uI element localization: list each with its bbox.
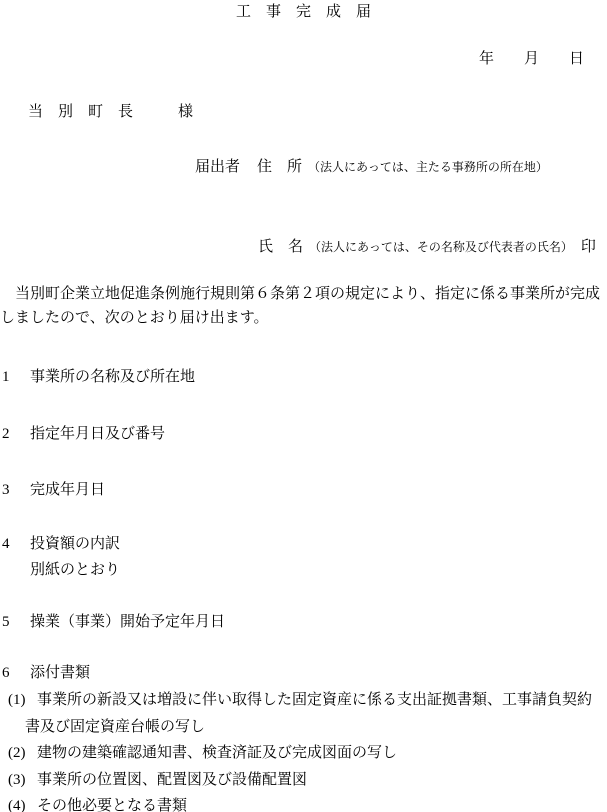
attachment-2: (2)建物の建築確認通知書、検査済証及び完成図面の写し — [8, 745, 397, 761]
address-note: （法人にあっては、主たる事務所の所在地） — [308, 160, 548, 174]
attachment-3-number: (3) — [8, 772, 37, 788]
item-1: 1事業所の名称及び所在地 — [2, 369, 195, 385]
body-line-2: しましたので、次のとおり届け出ます。 — [0, 310, 269, 326]
attachment-3: (3)事業所の位置図、配置図及び設備配置図 — [8, 772, 307, 788]
item-4-note: 別紙のとおり — [30, 562, 120, 578]
attachment-2-number: (2) — [8, 745, 37, 761]
item-5-text: 操業（事業）開始予定年月日 — [30, 614, 225, 630]
seal-mark: 印 — [581, 239, 596, 255]
attachment-4-text: その他必要となる書類 — [37, 798, 187, 812]
item-1-number: 1 — [2, 369, 30, 385]
item-2-text: 指定年月日及び番号 — [30, 426, 165, 442]
declarant-address-line: 届出者住 所（法人にあっては、主たる事務所の所在地） — [195, 159, 548, 175]
name-note: （法人にあっては、その名称及び代表者の氏名） — [309, 240, 573, 254]
attachment-3-text: 事業所の位置図、配置図及び設備配置図 — [37, 772, 307, 788]
declarant-name-line: 氏 名（法人にあっては、その名称及び代表者の氏名）印 — [258, 239, 596, 255]
attachment-4: (4)その他必要となる書類 — [8, 798, 187, 812]
item-4: 4投資額の内訳 — [2, 536, 120, 552]
body-line-1: 当別町企業立地促進条例施行規則第６条第２項の規定により、指定に係る事業所が完成 — [0, 286, 600, 302]
item-6: 6添付書類 — [2, 665, 90, 681]
document-page: 工 事 完 成 届 年 月 日 当 別 町 長 様 届出者住 所（法人にあっては… — [0, 0, 607, 812]
item-5: 5操業（事業）開始予定年月日 — [2, 614, 225, 630]
attachment-1-line-2: 書及び固定資産台帳の写し — [25, 719, 205, 735]
item-4-number: 4 — [2, 536, 30, 552]
name-label: 氏 名 — [258, 239, 303, 255]
attachment-1-text-1: 事業所の新設又は増設に伴い取得した固定資産に係る支出証拠書類、工事請負契約 — [37, 692, 592, 708]
item-3: 3完成年月日 — [2, 482, 105, 498]
declarant-label: 届出者 — [195, 159, 240, 175]
attachment-4-number: (4) — [8, 798, 37, 812]
date-line: 年 月 日 — [479, 51, 584, 67]
item-3-number: 3 — [2, 482, 30, 498]
item-5-number: 5 — [2, 614, 30, 630]
document-title: 工 事 完 成 届 — [0, 4, 607, 20]
addressee-line: 当 別 町 長 様 — [28, 104, 193, 120]
item-3-text: 完成年月日 — [30, 482, 105, 498]
attachment-1-line-1: (1)事業所の新設又は増設に伴い取得した固定資産に係る支出証拠書類、工事請負契約 — [8, 692, 592, 708]
attachment-2-text: 建物の建築確認通知書、検査済証及び完成図面の写し — [37, 745, 397, 761]
item-4-text: 投資額の内訳 — [30, 536, 120, 552]
attachment-1-number: (1) — [8, 692, 37, 708]
address-label: 住 所 — [257, 159, 302, 175]
item-2: 2指定年月日及び番号 — [2, 426, 165, 442]
item-1-text: 事業所の名称及び所在地 — [30, 369, 195, 385]
item-2-number: 2 — [2, 426, 30, 442]
item-6-number: 6 — [2, 665, 30, 681]
item-6-text: 添付書類 — [30, 665, 90, 681]
